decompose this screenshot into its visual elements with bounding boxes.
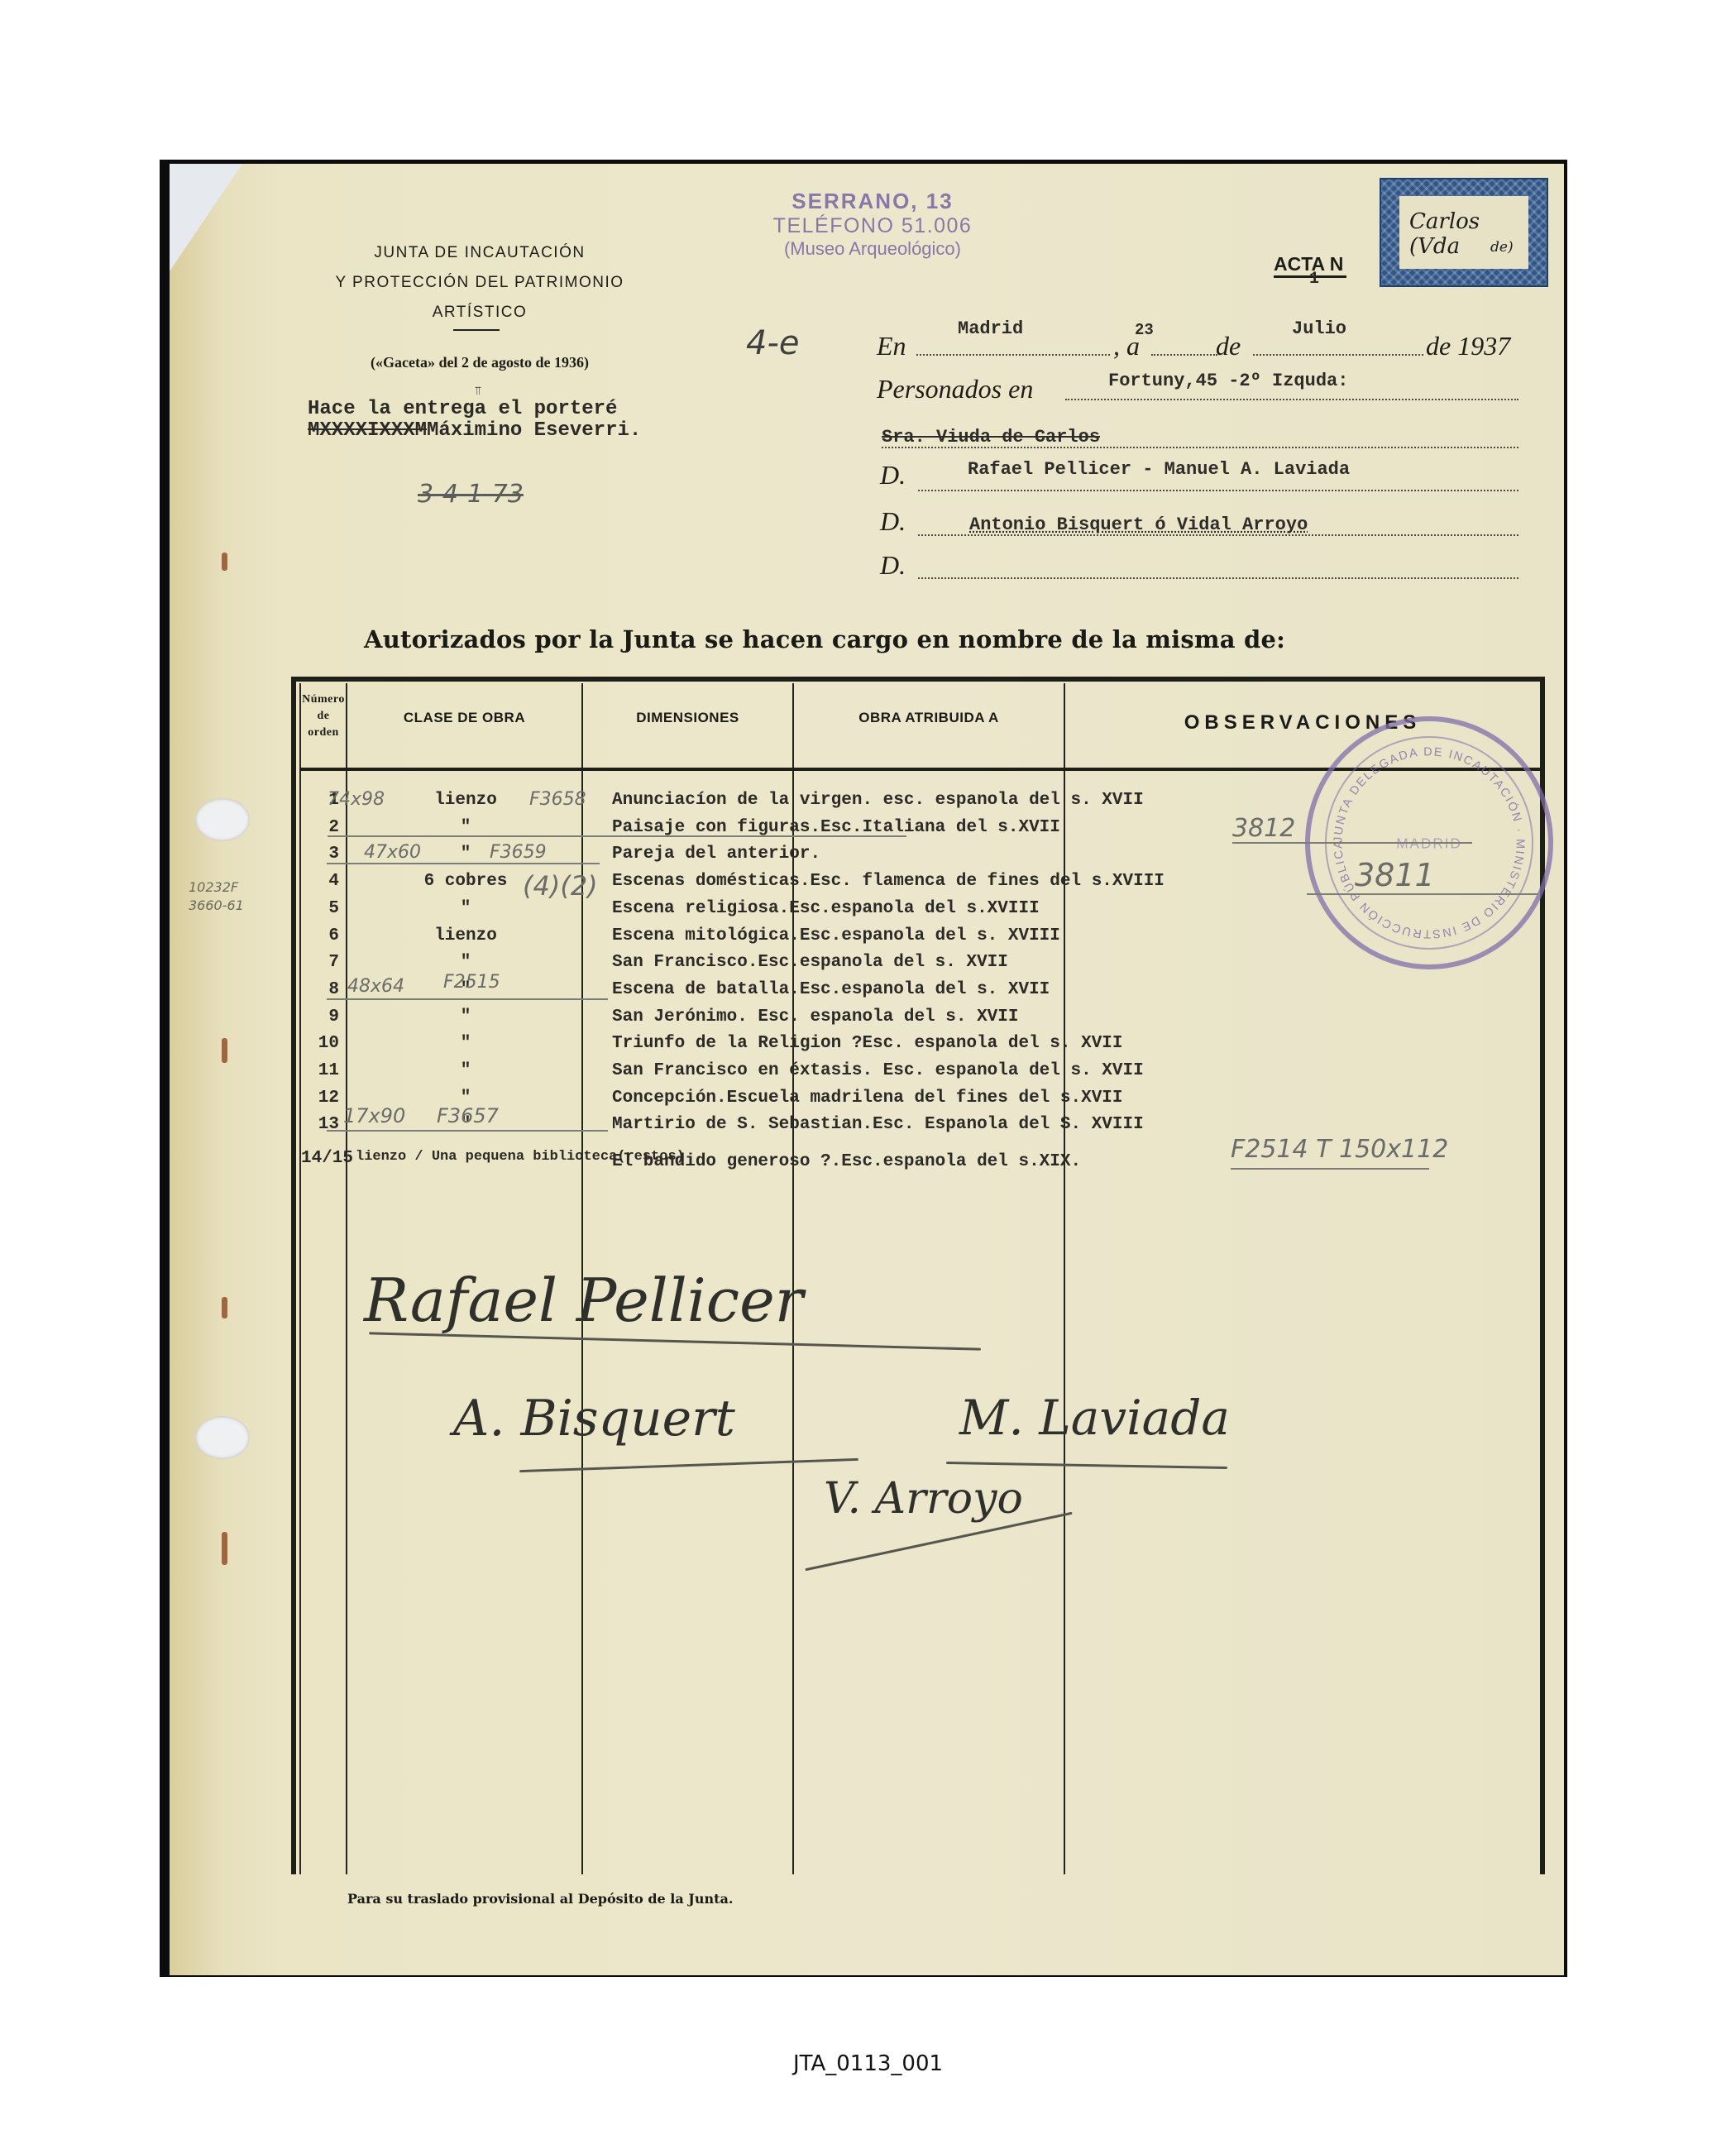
pencil-underline bbox=[1232, 842, 1472, 844]
row-description: Paisaje con figuras.Esc.Italiana del s.X… bbox=[612, 818, 1060, 837]
delivery-note: Hace la entrega el porteré MXXXXIXXXMMáx… bbox=[308, 399, 641, 442]
pencil-reference: 3-4-1-73 bbox=[418, 480, 524, 509]
pencil-catalog-ref: F3657 bbox=[437, 1104, 499, 1127]
header-dimensiones: DIMENSIONES bbox=[583, 710, 792, 726]
location-value: Fortuny,45 -2º Izquda: bbox=[1108, 371, 1348, 391]
margin-note-line-2: 3660-61 bbox=[189, 897, 244, 915]
table-row: 8"Escena de batalla.Esc.espanola del s. … bbox=[0, 980, 1654, 1007]
label-inner: Carlos (Vda de) bbox=[1399, 196, 1528, 269]
row-clase: " bbox=[347, 818, 584, 837]
struck-text: MXXXXIXXXM bbox=[308, 419, 427, 442]
organization-header: JUNTA DE INCAUTACIÓN Y PROTECCIÓN DEL PA… bbox=[298, 238, 662, 328]
dotted-line bbox=[1151, 354, 1217, 356]
month-value: Julio bbox=[1292, 318, 1346, 339]
table-row: 11"San Francisco en éxtasis. Esc. espano… bbox=[0, 1061, 1654, 1088]
table-row: 5"Escena religiosa.Esc.espanola del s.XV… bbox=[0, 899, 1654, 926]
row-number: 9 bbox=[301, 1007, 339, 1027]
section-heading: Autorizados por la Junta se hacen cargo … bbox=[364, 625, 1406, 653]
table-row: 6lienzoEscena mitológica.Esc.espanola de… bbox=[0, 926, 1654, 953]
table-top-border bbox=[291, 677, 1545, 682]
pencil-obs-number: 3811 bbox=[1355, 857, 1435, 893]
image-filename: JTA_0113_001 bbox=[0, 2051, 1736, 2076]
table-row: 2"Paisaje con figuras.Esc.Italiana del s… bbox=[0, 818, 1654, 845]
signature-arroyo: V. Arroyo bbox=[824, 1474, 1023, 1524]
de-label: de bbox=[1216, 331, 1241, 361]
pencil-underline bbox=[327, 863, 600, 864]
org-line-3: ARTÍSTICO bbox=[298, 298, 662, 328]
pencil-catalog-ref: F3659 bbox=[490, 842, 547, 863]
year-label: de 1937 bbox=[1426, 331, 1510, 361]
org-line-1: JUNTA DE INCAUTACIÓN bbox=[298, 238, 662, 268]
pencil-quantity: (4)(2) bbox=[523, 870, 598, 902]
pencil-obs-number: 3812 bbox=[1232, 814, 1295, 843]
pencil-catalog-ref: F2515 bbox=[443, 972, 500, 993]
person-1-value: Rafael Pellicer - Manuel A. Laviada bbox=[968, 459, 1350, 480]
address-stamp: SERRANO, 13 TELÉFONO 51.006 (Museo Arque… bbox=[728, 189, 1017, 260]
header-atribuida: OBRA ATRIBUIDA A bbox=[794, 710, 1064, 726]
margin-note-line-1: 10232F bbox=[189, 878, 244, 897]
ornament-icon: ⫪ bbox=[475, 385, 481, 399]
pencil-underline bbox=[328, 835, 906, 837]
pencil-underline bbox=[327, 1130, 608, 1132]
pencil-dimension: 74x98 bbox=[328, 789, 385, 810]
row-description: El bandido generoso ?.Esc.espanola del s… bbox=[612, 1152, 1081, 1171]
row-clase: lienzo bbox=[347, 926, 584, 945]
rust-mark bbox=[222, 1532, 227, 1565]
rust-mark bbox=[222, 553, 227, 571]
d-label-3: D. bbox=[880, 550, 906, 581]
struck-person: Sra. Viuda de Carlos bbox=[882, 427, 1100, 447]
row-description: Escena religiosa.Esc.espanola del s.XVII… bbox=[612, 899, 1040, 918]
signature-pellicer: Rafael Pellicer bbox=[364, 1266, 803, 1335]
row-description: Pareja del anterior. bbox=[612, 845, 820, 864]
row-description: San Francisco.Esc.espanola del s. XVII bbox=[612, 953, 1008, 972]
name-label-box: Carlos (Vda de) bbox=[1380, 178, 1548, 287]
row-description: Concepción.Escuela madrilena del fines d… bbox=[612, 1089, 1123, 1108]
row-number: 8 bbox=[301, 980, 339, 999]
dotted-line bbox=[918, 490, 1518, 491]
d-label-2: D. bbox=[880, 506, 906, 537]
signature-laviada: M. Laviada bbox=[959, 1390, 1230, 1446]
day-value: 23 bbox=[1135, 321, 1154, 339]
table-row: 9"San Jerónimo. Esc. espanola del s. XVI… bbox=[0, 1007, 1654, 1034]
row-clase: " bbox=[347, 1007, 584, 1027]
row-description: Martirio de S. Sebastian.Esc. Espanola d… bbox=[612, 1115, 1144, 1134]
margin-pencil-note: 10232F 3660-61 bbox=[189, 878, 244, 915]
stamp-line-3: (Museo Arqueológico) bbox=[728, 238, 1017, 260]
row-clase: " bbox=[347, 953, 584, 972]
d-label-1: D. bbox=[880, 460, 906, 491]
row-number: 3 bbox=[301, 845, 339, 864]
acta-number: 1 bbox=[1309, 270, 1319, 289]
row-number: 11 bbox=[301, 1061, 339, 1080]
gazette-reference: («Gaceta» del 2 de agosto de 1936) bbox=[298, 354, 662, 371]
pencil-dimension: 17x90 bbox=[343, 1104, 405, 1127]
row-description: Escenas domésticas.Esc. flamenca de fine… bbox=[612, 872, 1165, 891]
dotted-line bbox=[1065, 399, 1518, 400]
row-number: 2 bbox=[301, 818, 339, 837]
pencil-underline bbox=[1307, 893, 1538, 895]
row-description: Escena de batalla.Esc.espanola del s. XV… bbox=[612, 980, 1050, 999]
row-description: San Francisco en éxtasis. Esc. espanola … bbox=[612, 1061, 1144, 1080]
delivery-line-2: Máximino Eseverri. bbox=[427, 419, 641, 442]
stamp-line-1: SERRANO, 13 bbox=[728, 189, 1017, 214]
header-clase: CLASE DE OBRA bbox=[347, 710, 581, 726]
pencil-dimension: 48x64 bbox=[347, 976, 404, 997]
rust-mark bbox=[222, 1297, 227, 1318]
pencil-underline bbox=[1231, 1168, 1429, 1170]
row-clase: " bbox=[347, 1061, 584, 1080]
personados-label: Personados en bbox=[877, 374, 1033, 404]
signature-bisquert: A. Bisquert bbox=[453, 1390, 735, 1448]
header-rule bbox=[453, 329, 500, 331]
dotted-line bbox=[882, 447, 1518, 448]
punch-hole-bottom bbox=[195, 1416, 250, 1459]
pencil-obs-number: F2514 T 150x112 bbox=[1231, 1135, 1448, 1164]
pencil-underline bbox=[327, 998, 608, 1000]
org-line-2: Y PROTECCIÓN DEL PATRIMONIO bbox=[298, 268, 662, 298]
row-clase: " bbox=[347, 1034, 584, 1053]
delivery-line-1: Hace la entrega el porteré bbox=[308, 399, 641, 420]
row-number: 14/15 bbox=[301, 1149, 339, 1168]
table-row: 1lienzoAnunciacíon de la virgen. esc. es… bbox=[0, 791, 1654, 817]
handwritten-code: 4-e bbox=[746, 324, 800, 362]
pencil-dimension: 47x60 bbox=[364, 842, 421, 863]
row-description: Anunciacíon de la virgen. esc. espanola … bbox=[612, 791, 1144, 810]
label-handwriting-2: de) bbox=[1490, 239, 1514, 256]
row-clase: " bbox=[347, 899, 584, 918]
row-number: 12 bbox=[301, 1089, 339, 1108]
row-description: San Jerónimo. Esc. espanola del s. XVII bbox=[612, 1007, 1018, 1027]
table-row: 10"Triunfo de la Religion ?Esc. espanola… bbox=[0, 1034, 1654, 1060]
row-number: 5 bbox=[301, 899, 339, 918]
city-value: Madrid bbox=[958, 318, 1023, 339]
dotted-line bbox=[1253, 354, 1423, 356]
stamp-line-2: TELÉFONO 51.006 bbox=[728, 214, 1017, 238]
footer-note: Para su traslado provisional al Depósito… bbox=[347, 1891, 733, 1907]
row-number: 4 bbox=[301, 872, 339, 891]
en-label: En bbox=[877, 331, 906, 361]
table-row: 12"Concepción.Escuela madrilena del fine… bbox=[0, 1089, 1654, 1115]
row-number: 6 bbox=[301, 926, 339, 945]
pencil-catalog-ref: F3658 bbox=[529, 789, 586, 810]
dotted-line bbox=[916, 354, 1110, 356]
dotted-line bbox=[918, 577, 1518, 579]
row-description: Escena mitológica.Esc.espanola del s. XV… bbox=[612, 926, 1060, 945]
header-numero: Número de orden bbox=[301, 692, 346, 741]
row-description: Triunfo de la Religion ?Esc. espanola de… bbox=[612, 1034, 1123, 1053]
row-number: 7 bbox=[301, 953, 339, 972]
person-2-value: Antonio Bisquert ó Vidal Arroyo bbox=[969, 514, 1308, 535]
row-number: 10 bbox=[301, 1034, 339, 1053]
table-row: 7"San Francisco.Esc.espanola del s. XVII bbox=[0, 953, 1654, 979]
